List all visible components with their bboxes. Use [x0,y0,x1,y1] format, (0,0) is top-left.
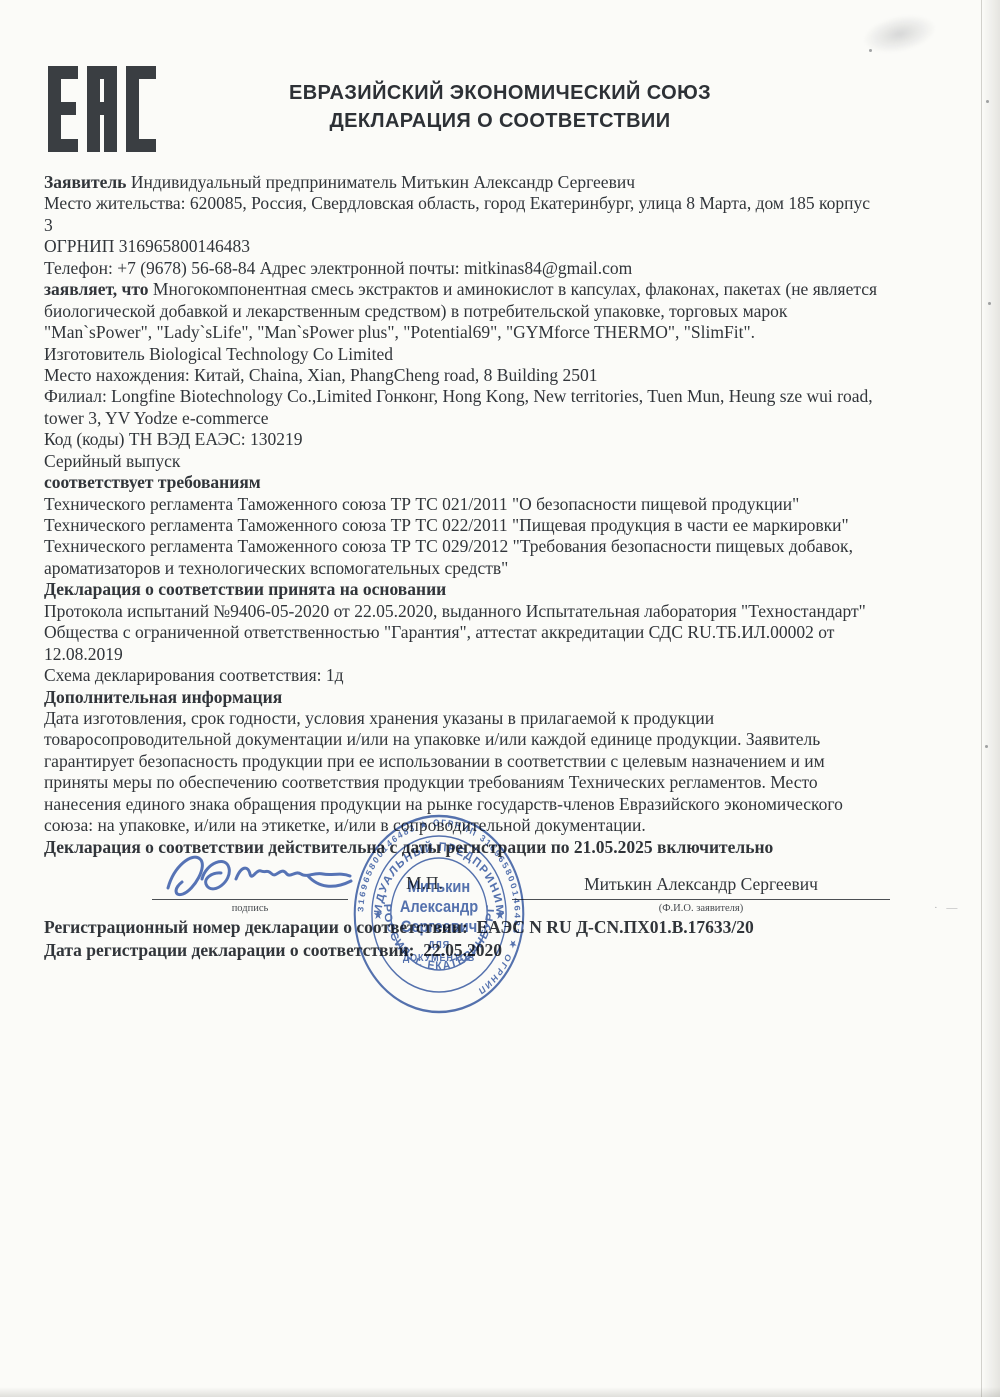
applicant-name: Митькин Александр Сергеевич [512,874,890,895]
applicant-name-caption: (Ф.И.О. заявителя) [512,903,890,914]
document-line: tower 3, YV Yodze e-commerce [44,408,932,429]
document-line: Регистрационный номер декларации о соотв… [44,916,964,939]
title-union: ЕВРАЗИЙСКИЙ ЭКОНОМИЧЕСКИЙ СОЮЗ [0,79,1000,107]
document-line: приняты меры по обеспечению соответствия… [44,772,932,793]
document-line: Протокола испытаний №9406-05-2020 от 22.… [44,601,932,622]
document-line: Дополнительная информация [44,687,932,708]
scan-speck [869,49,872,52]
applicant-name-line [512,899,890,900]
document-line: "Man`sPower", "Lady`sLife", "Man`sPower … [44,322,932,343]
document-line: товаросопроводительной документации и/ил… [44,729,932,750]
seal-placeholder: М.П. [406,873,443,894]
stamp-firstname: Александр [400,898,479,916]
document-line: Серийный выпуск [44,451,932,472]
document-line: Технического регламента Таможенного союз… [44,515,932,536]
document-line: Изготовитель Biological Technology Co Li… [44,344,932,365]
document-line: Схема декларирования соответствия: 1д [44,665,932,686]
document-line: союза: на упаковке, и/или на этикетке, и… [44,815,932,836]
signature-line [152,899,348,900]
handwritten-signature [158,846,363,906]
scan-speck [985,745,988,748]
document-line: Декларация о соответствии принята на осн… [44,579,932,600]
document-line: биологической добавкой и лекарственным с… [44,301,932,322]
declaration-document-page: ЕВРАЗИЙСКИЙ ЭКОНОМИЧЕСКИЙ СОЮЗ ДЕКЛАРАЦИ… [0,0,1000,1397]
document-line: Место нахождения: Китай, Chaina, Xian, P… [44,365,932,386]
document-line: соответствует требованиям [44,472,932,493]
document-line: заявляет, что Многокомпонентная смесь эк… [44,279,932,300]
document-title: ЕВРАЗИЙСКИЙ ЭКОНОМИЧЕСКИЙ СОЮЗ ДЕКЛАРАЦИ… [0,79,1000,135]
scan-edge-right [981,0,1000,1397]
document-line: Код (коды) ТН ВЭД ЕАЭС: 130219 [44,429,932,450]
document-line: нанесения единого знака обращения продук… [44,794,932,815]
document-line: Филиал: Longfine Biotechnology Co.,Limit… [44,386,932,407]
title-declaration: ДЕКЛАРАЦИЯ О СООТВЕТСТВИИ [0,107,1000,135]
document-line: ароматизаторов и технологических вспомог… [44,558,932,579]
scan-speck [988,302,991,305]
signature-caption: подпись [152,903,348,914]
document-line: гарантирует безопасность продукции при е… [44,751,932,772]
document-line: Телефон: +7 (9678) 56-68-84 Адрес электр… [44,258,932,279]
document-line: 3 [44,215,932,236]
document-line: Технического регламента Таможенного союз… [44,494,932,515]
document-line: Место жительства: 620085, Россия, Свердл… [44,193,932,214]
document-line: 12.08.2019 [44,644,932,665]
document-body: Заявитель Индивидуальный предприниматель… [44,172,932,858]
pencil-marks: · — [934,902,960,914]
registration-info: Регистрационный номер декларации о соотв… [44,916,964,961]
document-line: Заявитель Индивидуальный предприниматель… [44,172,932,193]
document-line: Общества с ограниченной ответственностью… [44,622,932,643]
scan-edge-bottom [0,1387,1000,1397]
document-line: Технического регламента Таможенного союз… [44,536,932,557]
document-line: ОГРНИП 316965800146483 [44,236,932,257]
document-line: Дата регистрации декларации о соответств… [44,939,964,962]
document-line: Дата изготовления, срок годности, услови… [44,708,932,729]
